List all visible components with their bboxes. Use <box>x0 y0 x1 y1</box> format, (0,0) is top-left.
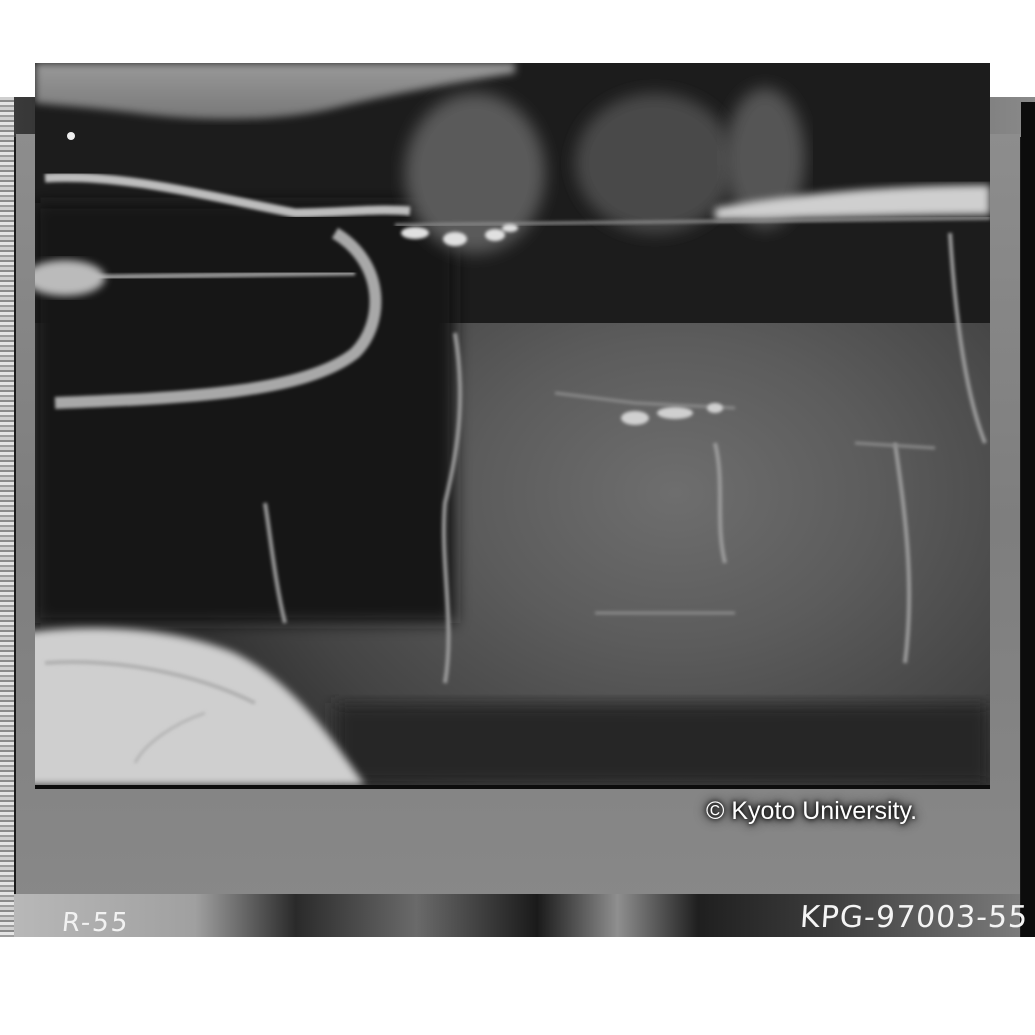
plate-label-right: KPG-97003-55 <box>799 900 1030 935</box>
copyright-watermark: © Kyoto University. <box>706 797 917 826</box>
film-edge-left <box>0 97 14 937</box>
plate-label-left: R-55 <box>60 908 131 938</box>
frame-bottom-line <box>35 785 990 789</box>
film-edge-right <box>1021 102 1035 937</box>
photo-content <box>35 63 990 785</box>
photo-image <box>35 63 990 785</box>
